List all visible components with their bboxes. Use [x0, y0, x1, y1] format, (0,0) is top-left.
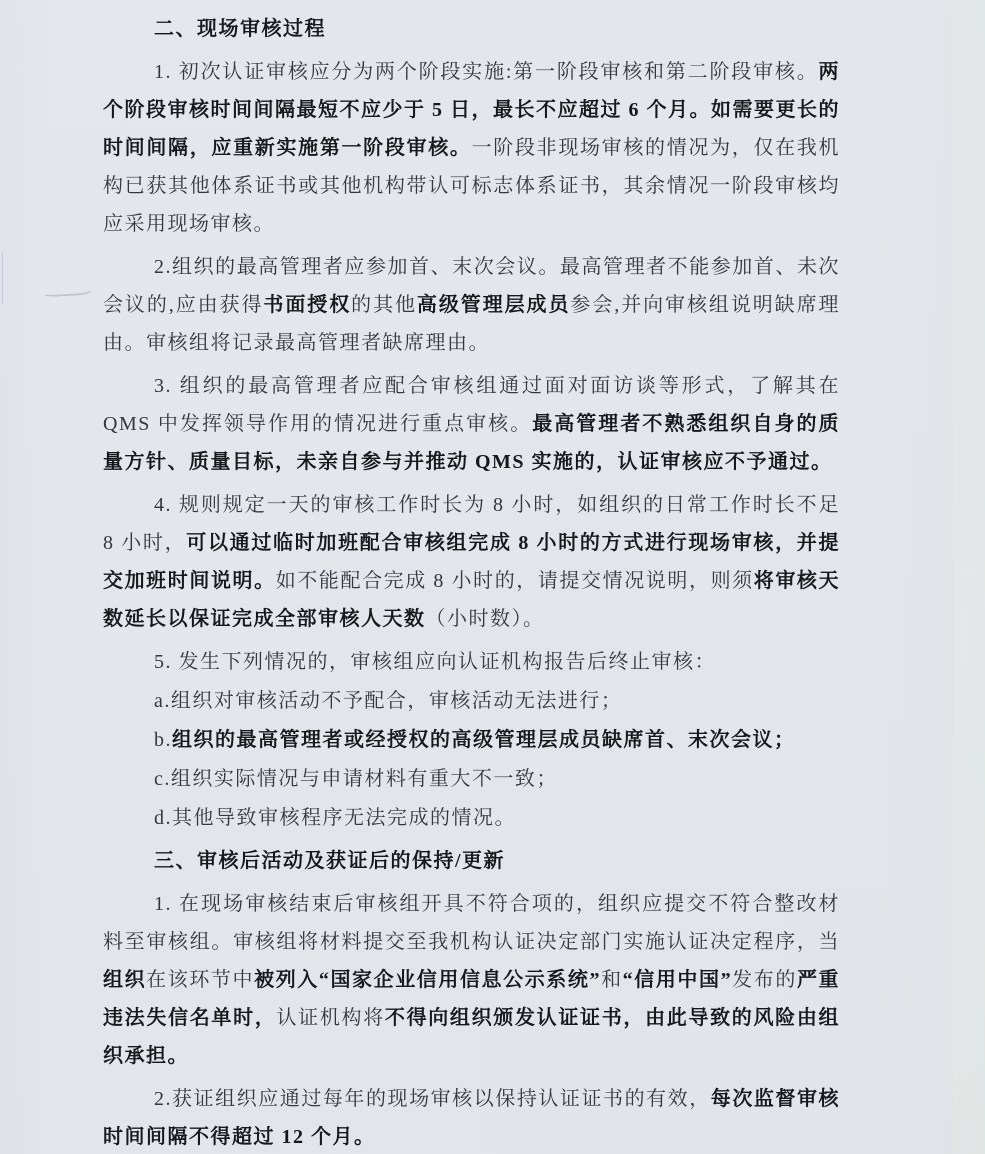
paragraph: 4. 规则规定一天的审核工作时长为 8 小时，如组织的日常工作时长不足 8 小时…: [103, 486, 840, 638]
bold-text-run: “信用中国”: [623, 969, 732, 991]
text-run: 在该环节中: [146, 969, 254, 991]
list-item: b.组织的最高管理者或经授权的高级管理层成员缺席首、末次会议；: [103, 721, 840, 759]
bold-text-run: 组织的最高管理者或经授权的高级管理层成员缺席首、末次会议；: [172, 729, 796, 751]
text-run: 和: [601, 969, 623, 991]
list-item: d.其他导致审核程序无法完成的情况。: [103, 799, 840, 837]
text-run: d.其他导致审核程序无法完成的情况。: [154, 807, 516, 829]
bold-text-run: 组织: [103, 969, 146, 991]
paragraph: 1. 初次认证审核应分为两个阶段实施:第一阶段审核和第二阶段审核。两个阶段审核时…: [103, 53, 840, 243]
bold-text-run: 书面授权: [263, 294, 351, 316]
paragraph: 3. 组织的最高管理者应配合审核组通过面对面访谈等形式，了解其在 QMS 中发挥…: [103, 367, 840, 481]
text-run: a.组织对审核活动不予配合，审核活动无法进行；: [154, 690, 622, 712]
pencil-mark-artifact: [44, 282, 93, 297]
text-run: 2.获证组织应通过每年的现场审核以保持认证证书的有效，: [154, 1088, 711, 1110]
text-run: c.组织实际情况与申请材料有重大不一致；: [154, 768, 558, 790]
list-item: c.组织实际情况与申请材料有重大不一致；: [103, 760, 840, 798]
bold-text-run: 高级管理层成员: [417, 294, 571, 316]
scan-edge-shading-artifact: [953, 0, 985, 1154]
scanned-document-page: 二、现场审核过程1. 初次认证审核应分为两个阶段实施:第一阶段审核和第二阶段审核…: [0, 0, 985, 1154]
list-item: a.组织对审核活动不予配合，审核活动无法进行；: [103, 682, 840, 720]
scan-edge-line-artifact: [2, 252, 3, 304]
text-run: b.: [154, 729, 172, 751]
paragraph: 5. 发生下列情况的，审核组应向认证机构报告后终止审核：: [103, 643, 840, 681]
paragraph: 1. 在现场审核结束后审核组开具不符合项的，组织应提交不符合整改材料至审核组。审…: [103, 885, 840, 1075]
text-run: 的其他: [351, 294, 417, 316]
section-heading: 二、现场审核过程: [103, 10, 840, 48]
paragraph: 2.组织的最高管理者应参加首、末次会议。最高管理者不能参加首、未次会议的,应由获…: [103, 248, 840, 362]
text-run: 1. 初次认证审核应分为两个阶段实施:第一阶段审核和第二阶段审核。: [154, 61, 819, 83]
text-run: 发布的: [732, 969, 797, 991]
text-run: 1. 在现场审核结束后审核组开具不符合项的，组织应提交不符合整改材料至审核组。审…: [103, 893, 840, 953]
text-run: 如不能配合完成 8 小时的，请提交情况说明，则须: [276, 570, 754, 592]
text-run: （小时数）。: [426, 608, 545, 630]
paragraph: 2.获证组织应通过每年的现场审核以保持认证证书的有效，每次监督审核时间间隔不得超…: [103, 1080, 840, 1154]
section-heading: 三、审核后活动及获证后的保持/更新: [103, 842, 840, 880]
document-content: 二、现场审核过程1. 初次认证审核应分为两个阶段实施:第一阶段审核和第二阶段审核…: [103, 10, 840, 1154]
text-run: 5. 发生下列情况的，审核组应向认证机构报告后终止审核：: [154, 651, 716, 673]
text-run: 认证机构将: [276, 1007, 384, 1029]
bold-text-run: 被列入“国家企业信用信息公示系统”: [254, 969, 601, 991]
